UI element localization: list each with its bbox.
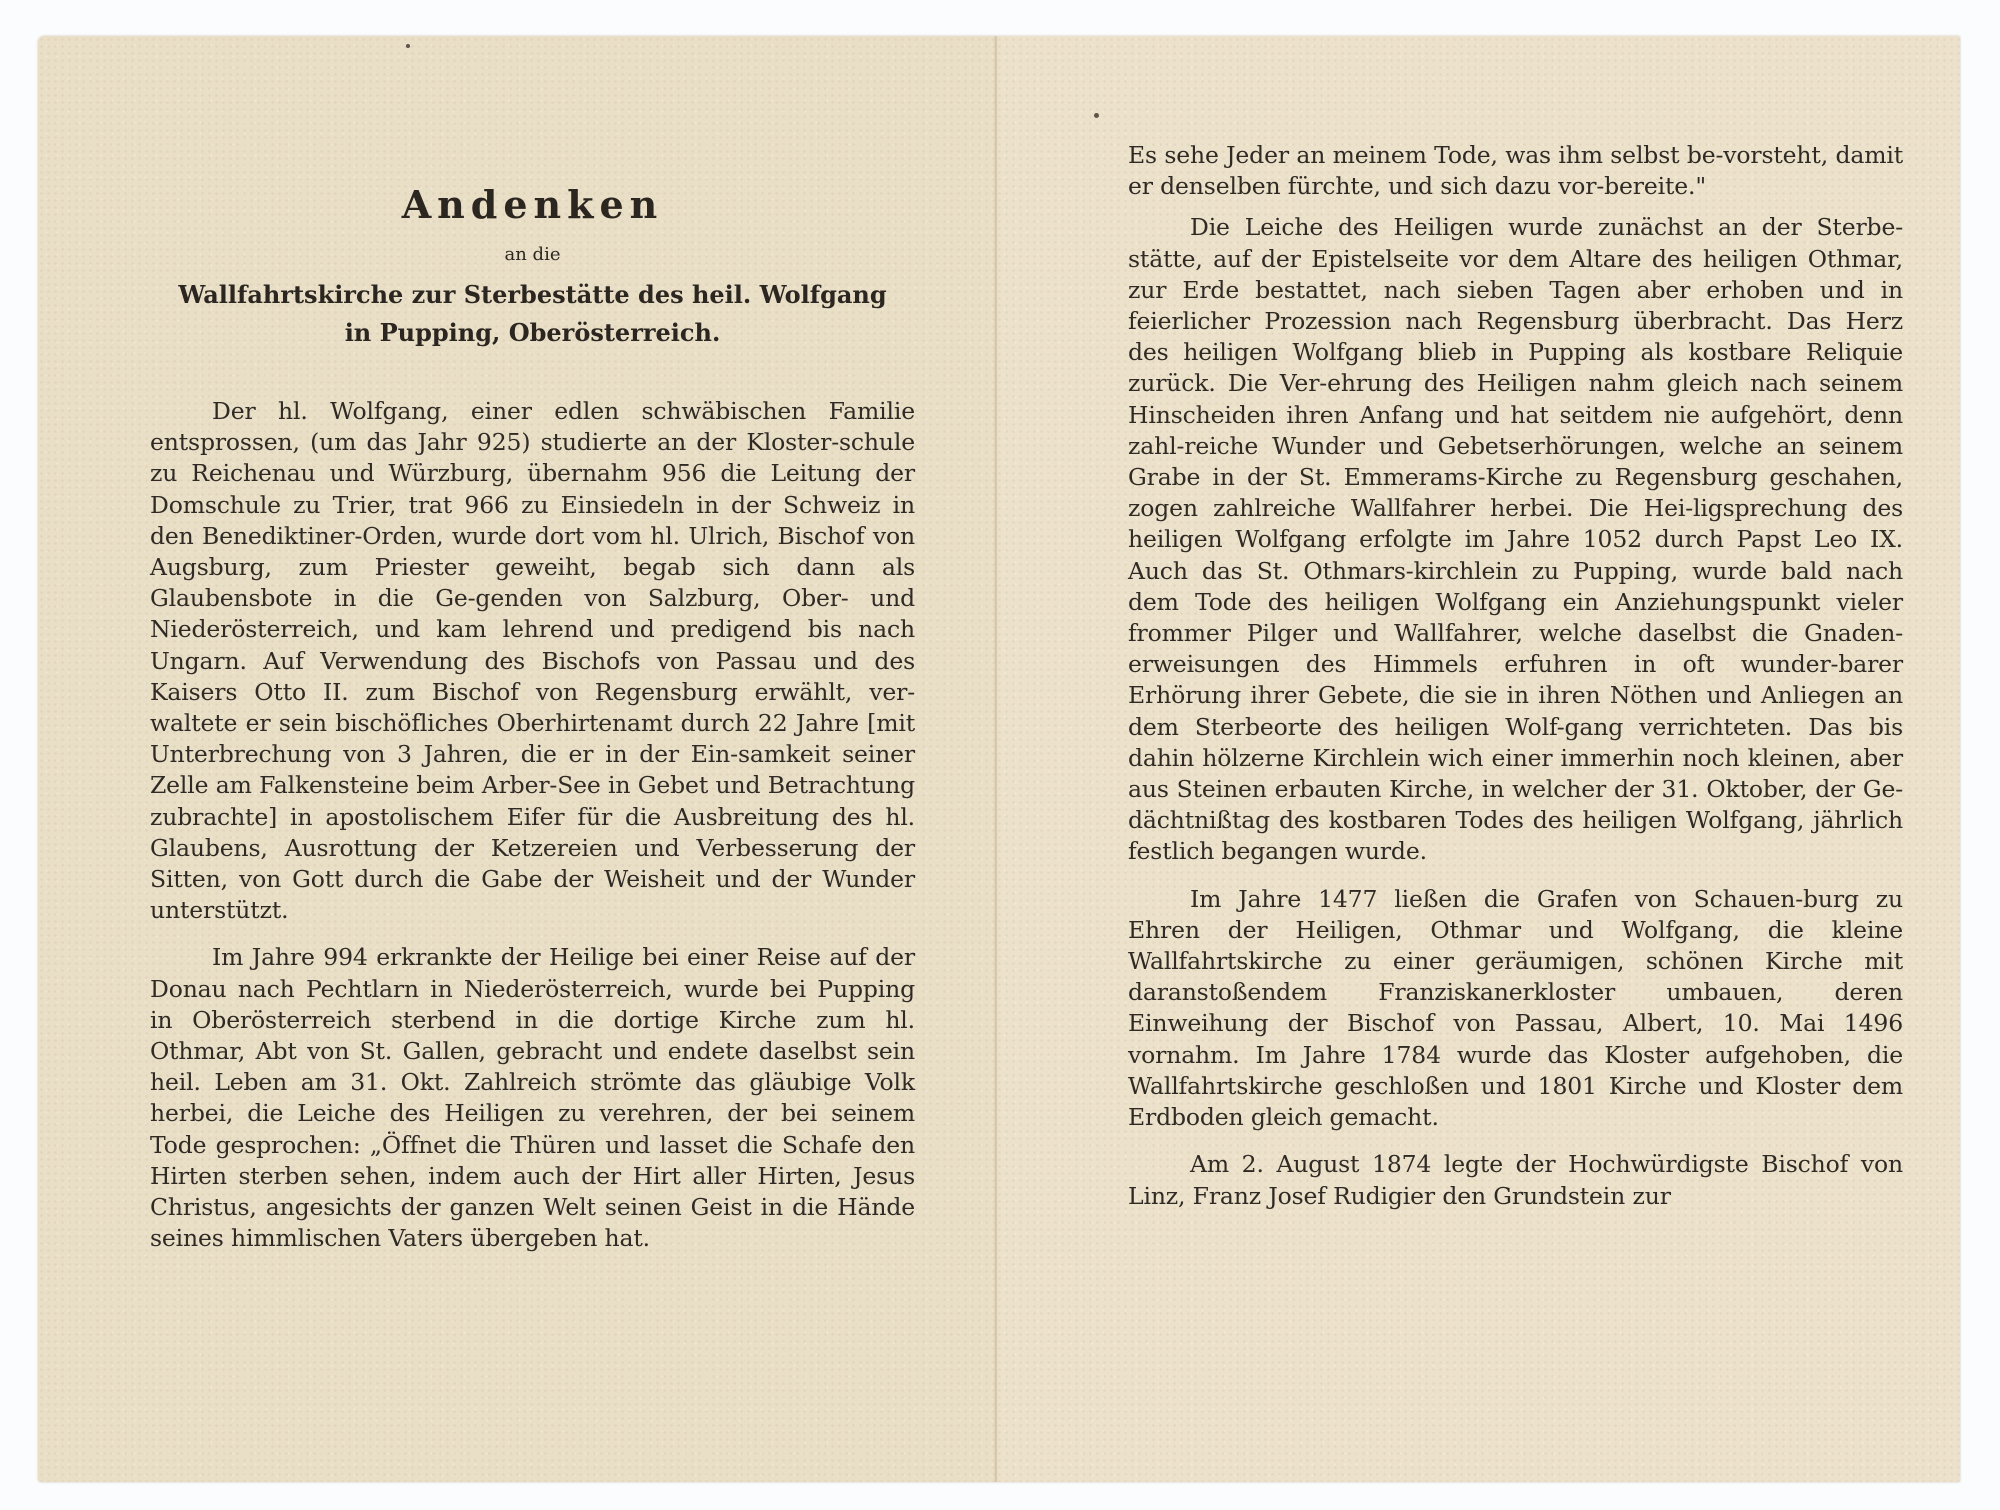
subtitle-line-2: in Pupping, Oberösterreich.: [150, 314, 915, 352]
paragraph-death: Im Jahre 994 erkrankte der Heilige bei e…: [150, 942, 915, 1254]
right-body-text: Es sehe Jeder an meinem Tode, was ihm se…: [1128, 140, 1903, 1212]
scan-background: Andenken an die Wallfahrtskirche zur Ste…: [0, 0, 2000, 1510]
left-page: Andenken an die Wallfahrtskirche zur Ste…: [38, 36, 996, 1482]
title-connector: an die: [150, 242, 915, 268]
title-block: Andenken an die Wallfahrtskirche zur Ste…: [150, 182, 915, 352]
right-page: Es sehe Jeder an meinem Tode, was ihm se…: [996, 36, 1960, 1482]
booklet-spread: Andenken an die Wallfahrtskirche zur Ste…: [38, 36, 1960, 1482]
paragraph-veneration: Die Leiche des Heiligen wurde zunächst a…: [1128, 212, 1903, 867]
paragraph-rebuilding: Im Jahre 1477 ließen die Grafen von Scha…: [1128, 884, 1903, 1134]
paper-speck: [406, 44, 410, 48]
paragraph-quote-end: Es sehe Jeder an meinem Tode, was ihm se…: [1128, 140, 1903, 202]
page-title: Andenken: [150, 182, 915, 228]
subtitle-line-1: Wallfahrtskirche zur Sterbestätte des he…: [150, 276, 915, 314]
left-body-text: Der hl. Wolfgang, einer edlen schwäbisch…: [150, 396, 915, 1254]
book-spine-fold: [994, 36, 998, 1482]
paragraph-biography: Der hl. Wolfgang, einer edlen schwäbisch…: [150, 396, 915, 926]
paper-speck: [1094, 113, 1099, 118]
paragraph-foundation-stone: Am 2. August 1874 legte der Hochwürdigst…: [1128, 1149, 1903, 1211]
